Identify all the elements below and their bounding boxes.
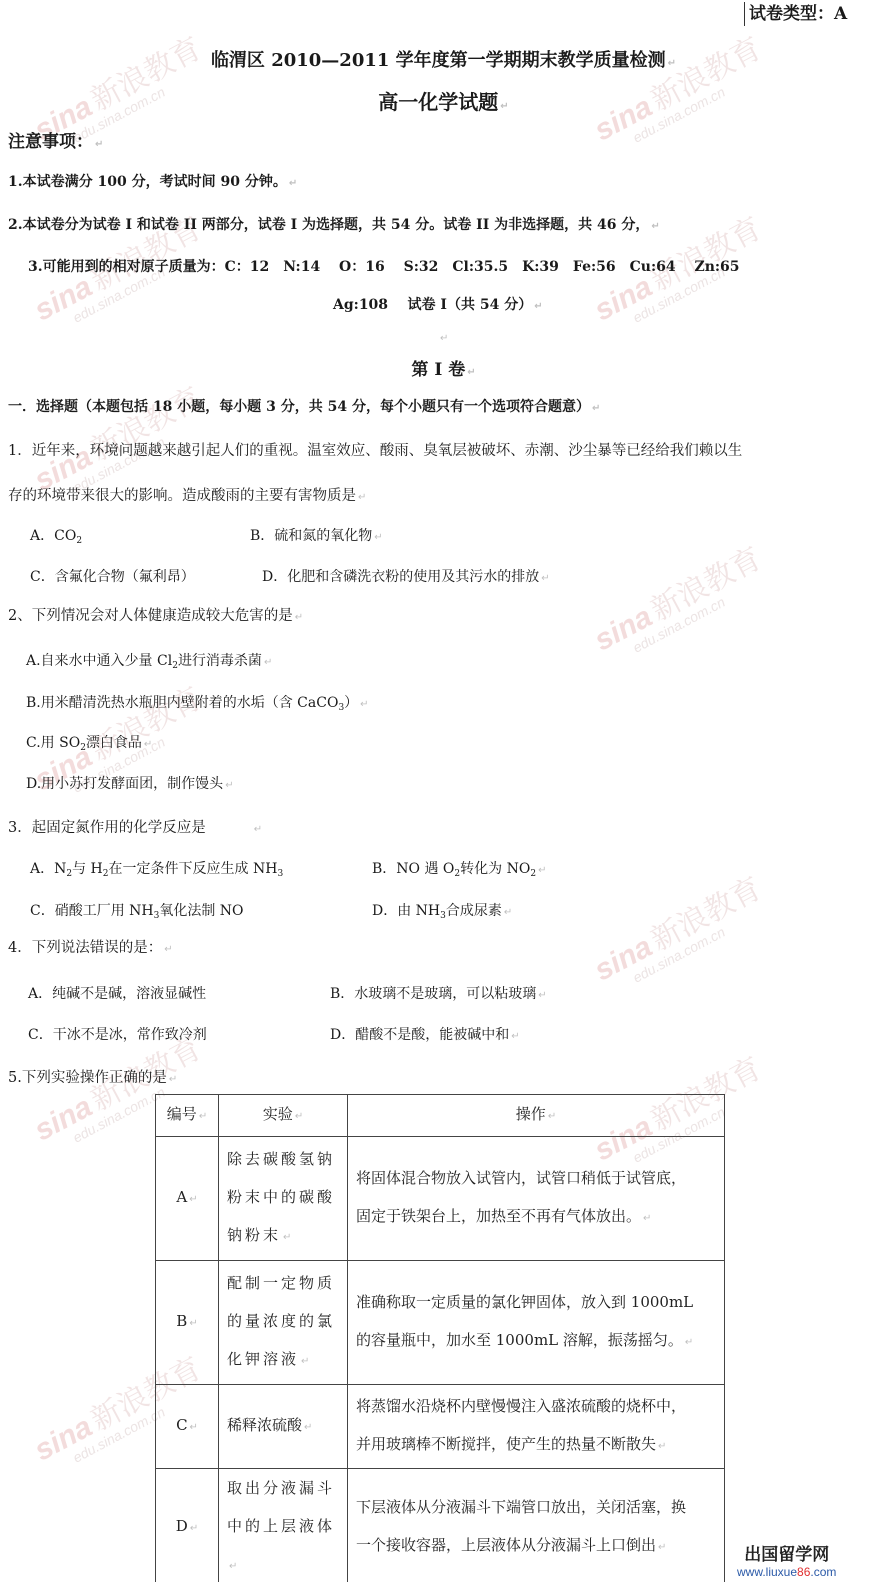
cell-experiment: 取出分液漏斗中的上层液体↵: [219, 1469, 348, 1582]
question-4-option-d[interactable]: D．醋酸不是酸，能被碱中和↵: [330, 1024, 520, 1044]
subscript: 2: [530, 869, 536, 879]
option-text: B．硫和氮的氧化物: [250, 528, 372, 544]
question-5-text: 5.下列实验操作正确的是: [8, 1070, 167, 1086]
watermark-6: sina新浪教育edu.sina.com.cn: [590, 544, 773, 669]
table-row[interactable]: B↵ 配制一定物质的量浓度的氯化钾溶液↵ 准确称取一定质量的氯化钾固体，放入到 …: [156, 1261, 725, 1385]
notice-item-2: 2.本试卷分为试卷 I 和试卷 II 两部分，试卷 I 为选择题，共 54 分。…: [8, 214, 660, 234]
section-title-text: 第 I 卷: [411, 360, 465, 380]
experiment-text: 配制一定物质: [227, 1274, 335, 1292]
cell-id: D↵: [156, 1469, 219, 1582]
option-text: B．NO 遇 O: [372, 861, 454, 877]
question-4-option-b[interactable]: B．水玻璃不是玻璃，可以粘玻璃↵: [330, 983, 547, 1003]
section-one-heading: 一．选择题（本题包括 18 小题，每小题 3 分，共 54 分，每个小题只有一个…: [8, 396, 600, 416]
section-title: 第 I 卷↵: [0, 355, 887, 380]
option-text: 转化为 NO: [460, 861, 530, 877]
experiment-text: 粉末中的碳酸: [227, 1188, 335, 1206]
table-header-row: 编号↵ 实验↵ 操作↵: [156, 1095, 725, 1137]
watermark-url: edu.sina.com.cn: [71, 240, 214, 325]
option-text: C．硝酸工厂用 NH: [30, 903, 154, 919]
brand-url-number: 86: [797, 1565, 810, 1579]
question-1-text: 1．近年来，环境问题越来越引起人们的重视。温室效应、酸雨、臭氧层被破坏、赤潮、沙…: [8, 443, 742, 459]
experiment-text: 稀释浓硫酸: [227, 1416, 302, 1434]
table-row[interactable]: D↵ 取出分液漏斗中的上层液体↵ 下层液体从分液漏斗下端管口放出，关闭活塞，换一…: [156, 1469, 725, 1582]
watermark-text: 新浪教育: [646, 542, 767, 627]
question-4-option-c[interactable]: C．干冰不是冰，常作致冷剂: [28, 1024, 207, 1044]
question-1-option-d[interactable]: D．化肥和含磷洗衣粉的使用及其污水的排放↵: [262, 566, 550, 586]
row-id: A: [176, 1188, 187, 1206]
paper-type-label: 试卷类型：A: [744, 2, 847, 26]
operation-text: 并用玻璃棒不断搅拌，使产生的热量不断散失: [356, 1435, 656, 1453]
option-text: A．CO: [30, 528, 76, 544]
experiment-text: 中的上层液体: [227, 1517, 335, 1535]
table-row[interactable]: C↵ 稀释浓硫酸↵ 将蒸馏水沿烧杯内壁慢慢注入盛浓硫酸的烧杯中，并用玻璃棒不断搅…: [156, 1385, 725, 1469]
operation-text: 固定于铁架台上，加热至不再有气体放出。: [356, 1207, 641, 1225]
header-text: 操作: [516, 1105, 546, 1123]
watermark-logo: sina: [29, 270, 97, 327]
question-1-stem-line1: 1．近年来，环境问题越来越引起人们的重视。温室效应、酸雨、臭氧层被破坏、赤潮、沙…: [8, 439, 742, 460]
cell-experiment: 稀释浓硫酸↵: [219, 1385, 348, 1469]
header-text: 编号: [167, 1105, 197, 1123]
cell-experiment: 除去碳酸氢钠粉末中的碳酸钠粉末↵: [219, 1137, 348, 1261]
option-text: A．N: [30, 861, 66, 877]
question-2-option-d[interactable]: D.用小苏打发酵面团，制作馒头↵: [26, 773, 234, 793]
brand-url-part: .com: [810, 1565, 836, 1579]
notice-item-text: 2.本试卷分为试卷 I 和试卷 II 两部分，试卷 I 为选择题，共 54 分。…: [8, 217, 649, 233]
site-brand-logo[interactable]: 出国留学网 www.liuxue86.com: [737, 1540, 836, 1579]
brand-url-part: www.liuxue: [737, 1565, 797, 1579]
operation-text: 将蒸馏水沿烧杯内壁慢慢注入盛浓硫酸的烧杯中，: [356, 1397, 686, 1415]
option-text: C．含氟化合物（氟利昂）: [30, 569, 195, 585]
brand-url: www.liuxue86.com: [737, 1565, 836, 1579]
notice-item-4: Ag:108 试卷 I（共 54 分）↵: [333, 294, 543, 314]
option-text: 与 H: [72, 861, 103, 877]
operation-text: 准确称取一定质量的氯化钾固体，放入到 1000mL: [356, 1293, 693, 1311]
exam-title-text: 临渭区 2010—2011 学年度第一学期期末教学质量检测: [211, 50, 666, 71]
option-text: 合成尿素: [446, 903, 502, 919]
cell-operation: 将蒸馏水沿烧杯内壁慢慢注入盛浓硫酸的烧杯中，并用玻璃棒不断搅拌，使产生的热量不断…: [348, 1385, 725, 1469]
watermark-logo: sina: [589, 600, 657, 657]
question-1-option-a[interactable]: A．CO2: [30, 525, 82, 545]
option-text: B.用米醋清洗热水瓶胆内壁附着的水垢（含 CaCO: [26, 695, 338, 711]
watermark-url: edu.sina.com.cn: [631, 900, 774, 985]
question-2-stem: 2、下列情况会对人体健康造成较大危害的是↵: [8, 604, 303, 625]
question-4-option-a[interactable]: A．纯碱不是碱，溶液显碱性: [28, 983, 206, 1003]
exam-subtitle-text: 高一化学试题: [378, 90, 498, 114]
section-one-text: 一．选择题（本题包括 18 小题，每小题 3 分，共 54 分，每个小题只有一个…: [8, 399, 590, 415]
question-1-option-b[interactable]: B．硫和氮的氧化物↵: [250, 525, 383, 545]
operation-text: 的容量瓶中，加水至 1000mL 溶解，振荡摇匀。: [356, 1331, 683, 1349]
option-text: A.自来水中通入少量 Cl: [26, 653, 172, 669]
option-text: C．干冰不是冰，常作致冷剂: [28, 1027, 207, 1043]
exam-subtitle: 高一化学试题↵: [0, 86, 887, 115]
experiment-text: 化钾溶液: [227, 1350, 299, 1368]
experiment-text: 除去碳酸氢钠: [227, 1150, 335, 1168]
notice-heading-text: 注意事项：: [8, 132, 93, 152]
option-text: ）: [344, 695, 358, 711]
option-text: 进行消毒杀菌: [178, 653, 262, 669]
cell-id: C↵: [156, 1385, 219, 1469]
option-text: B．水玻璃不是玻璃，可以粘玻璃: [330, 986, 536, 1002]
subscript: 3: [277, 869, 283, 879]
watermark-text: 新浪教育: [646, 872, 767, 957]
question-2-option-c[interactable]: C.用 SO2漂白食品↵: [26, 732, 152, 752]
question-4-text: 4．下列说法错误的是：: [8, 940, 162, 956]
question-3-option-d[interactable]: D．由 NH3合成尿素↵: [372, 900, 512, 920]
blank-line: ↵: [438, 326, 448, 345]
watermark-logo: sina: [29, 1410, 97, 1467]
option-text: 氧化法制 NO: [159, 903, 243, 919]
exam-title: 临渭区 2010—2011 学年度第一学期期末教学质量检测↵: [0, 46, 887, 72]
operation-text: 将固体混合物放入试管内，试管口稍低于试管底，: [356, 1169, 686, 1187]
watermark-text: 新浪教育: [646, 212, 767, 297]
watermark-logo: sina: [589, 270, 657, 327]
header-text: 实验: [263, 1105, 293, 1123]
part-one-label: 试卷 I（共 54 分）: [408, 297, 533, 313]
question-3-text: 3．起固定氮作用的化学反应是: [8, 820, 206, 836]
question-1-option-c[interactable]: C．含氟化合物（氟利昂）: [30, 566, 195, 586]
cell-experiment: 配制一定物质的量浓度的氯化钾溶液↵: [219, 1261, 348, 1385]
question-1-text: 存的环境带来很大的影响。造成酸雨的主要有害物质是: [8, 488, 356, 504]
question-2-option-b[interactable]: B.用米醋清洗热水瓶胆内壁附着的水垢（含 CaCO3）↵: [26, 692, 369, 712]
cell-id: A↵: [156, 1137, 219, 1261]
brand-title: 出国留学网: [737, 1540, 836, 1565]
experiment-text: 钠粉末: [227, 1226, 281, 1244]
question-1-stem-line2: 存的环境带来很大的影响。造成酸雨的主要有害物质是↵: [8, 484, 366, 505]
header-cell-id: 编号↵: [156, 1095, 219, 1137]
question-5-stem: 5.下列实验操作正确的是↵: [8, 1066, 177, 1087]
row-id: C: [176, 1416, 187, 1434]
option-text: D.用小苏打发酵面团，制作馒头: [26, 776, 223, 792]
question-3-option-c[interactable]: C．硝酸工厂用 NH3氧化法制 NO: [30, 900, 244, 920]
operation-text: 一个接收容器，上层液体从分液漏斗上口倒出: [356, 1536, 656, 1554]
cell-operation: 下层液体从分液漏斗下端管口放出，关闭活塞，换一个接收容器，上层液体从分液漏斗上口…: [348, 1469, 725, 1582]
option-text: 漂白食品: [86, 735, 142, 751]
option-text: A．纯碱不是碱，溶液显碱性: [28, 986, 206, 1002]
watermark-8: sina新浪教育edu.sina.com.cn: [590, 874, 773, 999]
question-4-stem: 4．下列说法错误的是：↵: [8, 936, 173, 957]
question-2-text: 2、下列情况会对人体健康造成较大危害的是: [8, 608, 293, 624]
question-3-stem: 3．起固定氮作用的化学反应是↵: [8, 816, 262, 837]
cell-id: B↵: [156, 1261, 219, 1385]
cell-operation: 准确称取一定质量的氯化钾固体，放入到 1000mL的容量瓶中，加水至 1000m…: [348, 1261, 725, 1385]
row-id: B: [176, 1312, 187, 1330]
question-2-option-a[interactable]: A.自来水中通入少量 Cl2进行消毒杀菌↵: [26, 650, 272, 670]
paper-type-text: 试卷类型：A: [749, 4, 847, 24]
notice-item-text: 3.可能用到的相对原子质量为：C：12 N:14 O：16 S:32 Cl:35…: [28, 259, 740, 275]
watermark-url: edu.sina.com.cn: [631, 240, 774, 325]
watermark-url: edu.sina.com.cn: [631, 570, 774, 655]
notice-heading: 注意事项：↵: [8, 127, 103, 152]
experiment-text: 的量浓度的氯: [227, 1312, 335, 1330]
question-3-option-b[interactable]: B．NO 遇 O2转化为 NO2↵: [372, 858, 546, 878]
row-id: D: [176, 1517, 188, 1535]
notice-item-1: 1.本试卷满分 100 分，考试时间 90 分钟。↵: [8, 171, 297, 191]
option-text: D．化肥和含磷洗衣粉的使用及其污水的排放: [262, 569, 539, 585]
option-text: C.用 SO: [26, 735, 80, 751]
watermark-logo: sina: [29, 1090, 97, 1147]
option-text: D．醋酸不是酸，能被碱中和: [330, 1027, 509, 1043]
experiment-table: 编号↵ 实验↵ 操作↵ A↵ 除去碳酸氢钠粉末中的碳酸钠粉末↵ 将固体混合物放入…: [155, 1094, 725, 1582]
notice-item-text: 1.本试卷满分 100 分，考试时间 90 分钟。: [8, 174, 287, 190]
cell-operation: 将固体混合物放入试管内，试管口稍低于试管底，固定于铁架台上，加热至不再有气体放出…: [348, 1137, 725, 1261]
question-3-option-a[interactable]: A．N2与 H2在一定条件下反应生成 NH3: [30, 858, 283, 878]
notice-item-3: 3.可能用到的相对原子质量为：C：12 N:14 O：16 S:32 Cl:35…: [28, 256, 740, 276]
header-cell-operation: 操作↵: [348, 1095, 725, 1137]
header-cell-experiment: 实验↵: [219, 1095, 348, 1137]
experiment-text: 取出分液漏斗: [227, 1479, 335, 1497]
option-text: D．由 NH: [372, 903, 440, 919]
watermark-logo: sina: [589, 930, 657, 987]
table-row[interactable]: A↵ 除去碳酸氢钠粉末中的碳酸钠粉末↵ 将固体混合物放入试管内，试管口稍低于试管…: [156, 1137, 725, 1261]
subscript: 2: [76, 536, 82, 546]
operation-text: 下层液体从分液漏斗下端管口放出，关闭活塞，换: [356, 1498, 686, 1516]
option-text: 在一定条件下反应生成 NH: [109, 861, 278, 877]
atomic-mass-ag: Ag:108: [333, 297, 388, 313]
